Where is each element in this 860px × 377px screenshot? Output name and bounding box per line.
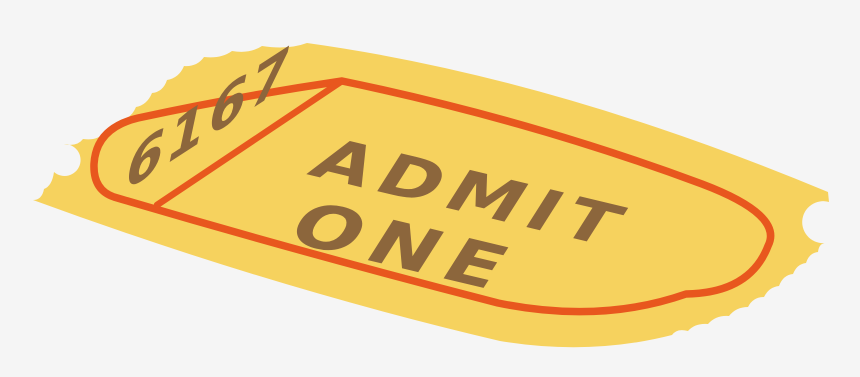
- admit-one-ticket-illustration: 6167 ADMIT ONE: [0, 0, 860, 377]
- scene-background: 6167 ADMIT ONE: [0, 0, 860, 377]
